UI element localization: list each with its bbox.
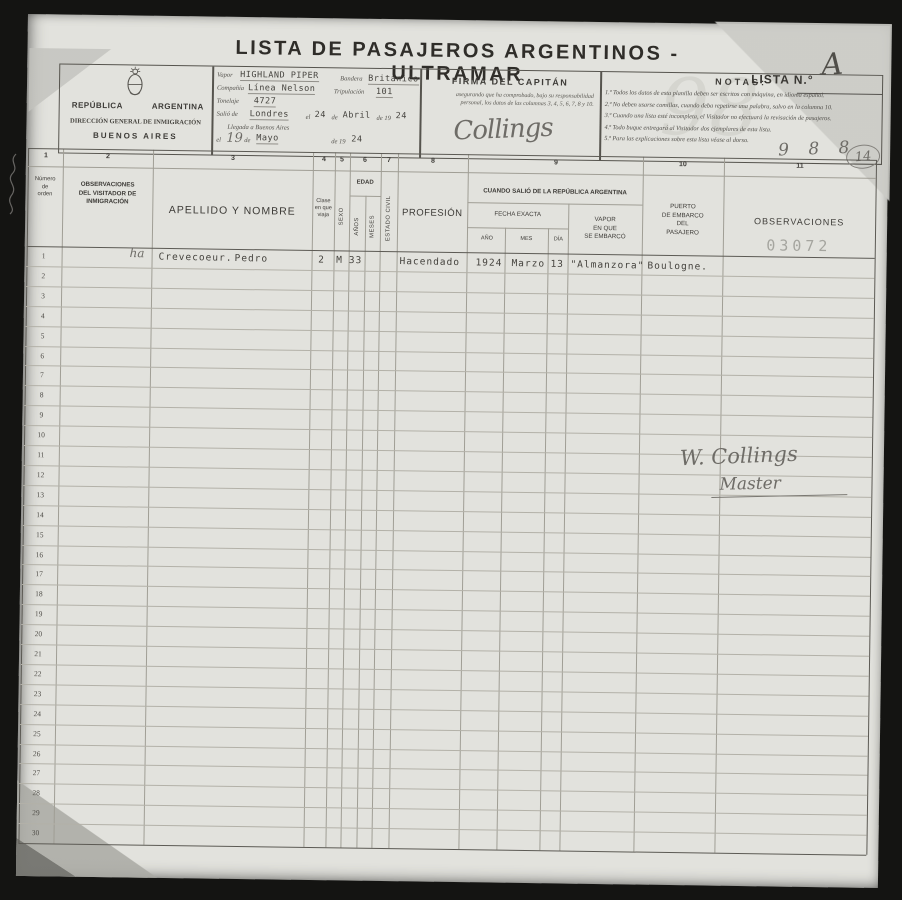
row-number: 5 (25, 331, 59, 340)
row-number: 9 (24, 410, 58, 419)
row-number: 11 (24, 450, 58, 459)
passenger-salida-mes: Marzo (511, 258, 545, 270)
column-number: 7 (374, 157, 404, 164)
row-number: 8 (25, 390, 59, 399)
table-grid-line (28, 148, 876, 161)
row-number: 23 (20, 689, 54, 698)
row-number: 30 (19, 828, 53, 837)
column-number: 10 (668, 161, 698, 168)
row-number: 6 (25, 350, 59, 359)
row-number: 20 (21, 629, 55, 638)
row-number: 22 (21, 669, 55, 678)
header-edad-meses: MESES (366, 202, 380, 252)
visitor-pencil-mark: ha (130, 246, 145, 260)
header-edad-anos: AÑOS (350, 202, 365, 252)
table-grid-line (714, 158, 725, 853)
header-observaciones: OBSERVACIONES (725, 216, 873, 228)
column-number: 1 (31, 152, 61, 159)
scanned-document-page: LISTA DE PASAJEROS ARGENTINOS - ULTRAMAR… (16, 14, 890, 888)
header-dia: DÍA (550, 236, 567, 242)
passenger-clase: 2 (311, 254, 331, 265)
row-number: 15 (23, 530, 57, 539)
row-number: 4 (26, 311, 60, 320)
table-grid-line (559, 204, 569, 851)
header-estado-civil: ESTADO CIVIL (381, 183, 397, 253)
pencil-signature-title: Master (719, 473, 781, 494)
header-numero-de-orden: Número de orden (27, 176, 62, 199)
table-grid-line (388, 153, 399, 848)
row-number: 12 (24, 470, 58, 479)
passenger-profesion: Hacendado (399, 256, 460, 268)
column-number: 9 (541, 159, 571, 166)
header-edad: EDAD (350, 180, 381, 186)
table-grid-line (467, 202, 642, 205)
row-number: 14 (23, 510, 57, 519)
row-number: 10 (24, 430, 58, 439)
table-grid-line (539, 228, 549, 850)
row-number: 16 (22, 549, 56, 558)
row-number: 7 (25, 370, 59, 379)
row-number: 27 (19, 768, 53, 777)
passenger-salida-dia: 13 (550, 259, 564, 270)
row-number: 19 (22, 609, 56, 618)
passenger-sexo: M (331, 255, 347, 266)
passenger-salida-ano: 1924 (475, 257, 502, 268)
margin-scribble (4, 152, 24, 216)
table-grid-line (371, 153, 382, 848)
column-number: 2 (93, 153, 123, 160)
row-number: 24 (20, 709, 54, 718)
header-fecha-exacta: FECHA EXACTA (469, 210, 566, 218)
row-number: 28 (19, 788, 53, 797)
passenger-vapor: "Almanzora" (570, 259, 644, 271)
header-sexo: SEXO (335, 186, 349, 246)
table-grid-line (143, 150, 154, 845)
header-ano: AÑO (469, 235, 505, 242)
passenger-nombre: Pedro (234, 253, 268, 265)
table-grid-line (349, 196, 380, 197)
row-number: 2 (26, 271, 60, 280)
column-number: 3 (218, 155, 248, 162)
table-grid-line (28, 166, 876, 179)
table-grid-line (496, 228, 506, 850)
row-number: 18 (22, 589, 56, 598)
row-number: 29 (19, 808, 53, 817)
row-number: 1 (27, 251, 61, 260)
header-observaciones-visitador: OBSERVACIONES DEL VISITADOR DE INMIGRACI… (64, 181, 150, 208)
row-number: 26 (20, 748, 54, 757)
column-number: 8 (418, 157, 448, 164)
row-number: 17 (22, 569, 56, 578)
header-puerto-embarco: PUERTO DE EMBARCO DEL PASAJERO (644, 203, 721, 238)
row-number: 13 (23, 490, 57, 499)
row-number: 25 (20, 729, 54, 738)
table-grid-line (356, 196, 366, 848)
stamp-number: 03072 (725, 236, 873, 256)
header-vapor-embarco: VAPOR EN QUE SE EMBARCÓ (570, 216, 640, 242)
header-profesion: PROFESIÓN (399, 207, 465, 219)
header-mes: MES (507, 236, 546, 243)
passenger-apellido: Crevecoeur. (158, 252, 232, 264)
table-grid-line (467, 227, 568, 229)
table-grid-line (866, 160, 877, 855)
row-number: 21 (21, 649, 55, 658)
passenger-edad-anos: 33 (347, 255, 363, 266)
header-apellido-y-nombre: APELLIDO Y NOMBRE (154, 204, 310, 218)
passenger-puerto: Boulogne. (647, 261, 708, 273)
pencil-signature-name: W. Collings (679, 442, 798, 471)
header-clase-en-que-viaja: Clase en que viaja (313, 198, 333, 219)
table-grid-line (18, 843, 866, 856)
row-number: 3 (26, 291, 60, 300)
column-number: 11 (785, 163, 815, 170)
